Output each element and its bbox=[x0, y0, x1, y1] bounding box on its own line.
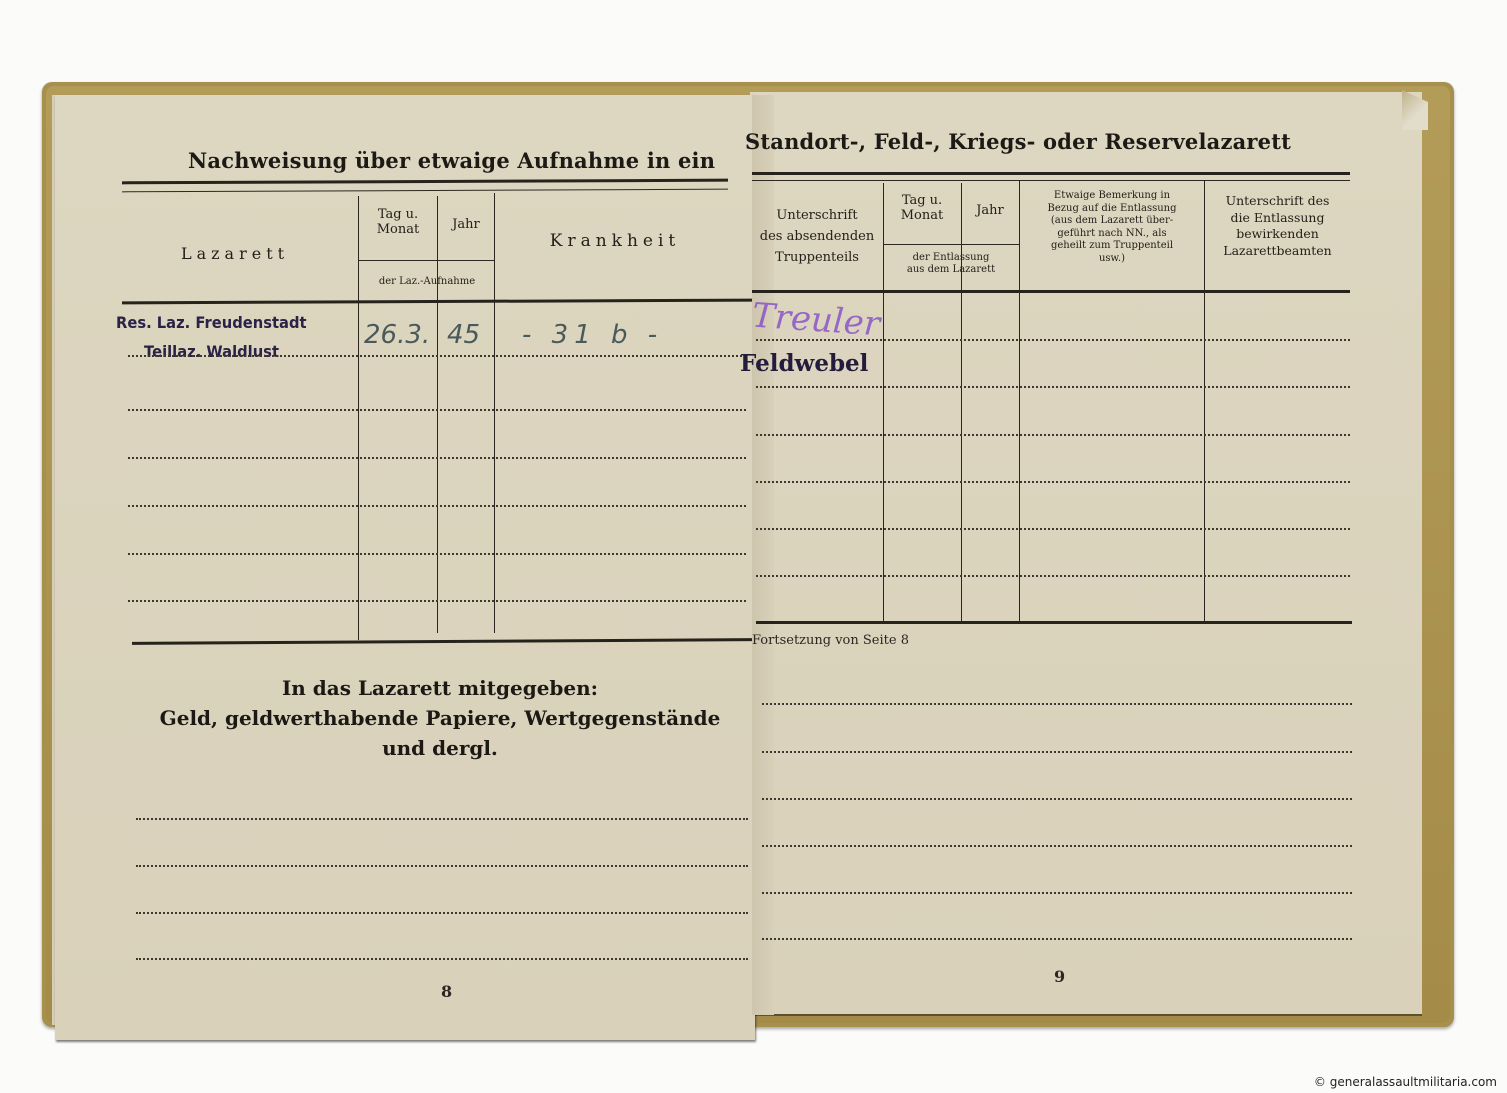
header-jahr: Jahr bbox=[438, 218, 494, 233]
entry-line bbox=[762, 845, 1352, 847]
mitgegeben-dergl: und dergl. bbox=[130, 733, 750, 763]
entry-line bbox=[762, 703, 1352, 705]
header-tag-monat: Tag u. Monat bbox=[360, 208, 436, 238]
header-lazarett: Lazarett bbox=[150, 245, 320, 263]
entry-line bbox=[762, 938, 1352, 940]
entry-line bbox=[136, 912, 748, 914]
header-krankheit: Krankheit bbox=[500, 232, 730, 252]
entry-line bbox=[756, 528, 1350, 530]
entry-line bbox=[128, 553, 746, 555]
rank-stamp-feldwebel: Feldwebel bbox=[740, 350, 868, 377]
header-entlassung-sub: der Entlassung aus dem Lazarett bbox=[884, 252, 1018, 275]
header-jahr-right: Jahr bbox=[962, 204, 1018, 219]
page-title-left: Nachweisung über etwaige Aufnahme in ein bbox=[188, 148, 715, 173]
col-divider bbox=[494, 193, 495, 633]
entry-line bbox=[756, 386, 1350, 388]
mitgegeben-items: Geld, geldwerthabende Papiere, Wertgegen… bbox=[130, 703, 750, 733]
page-number-right: 9 bbox=[1054, 967, 1065, 986]
header-bemerkung: Etwaige Bemerkung in Bezug auf die Entla… bbox=[1020, 190, 1204, 265]
entry-line bbox=[128, 505, 746, 507]
entry-line bbox=[128, 409, 746, 411]
page-title-right: Standort-, Feld-, Kriegs- oder Reservela… bbox=[745, 129, 1291, 154]
header-aufnahme-sub: der Laz.-Aufnahme bbox=[360, 276, 494, 288]
table-top-rule-right bbox=[752, 172, 1350, 175]
entry-line bbox=[136, 865, 748, 867]
header-lazarettbeamten: Unterschrift des die Entlassung bewirken… bbox=[1205, 193, 1350, 259]
admission-year: 45 bbox=[447, 320, 480, 350]
col-divider bbox=[358, 196, 359, 640]
entry-line bbox=[128, 457, 746, 459]
entry-line bbox=[128, 355, 746, 357]
entry-line bbox=[756, 434, 1350, 436]
entry-line bbox=[756, 481, 1350, 483]
admission-day-month: 26.3. bbox=[364, 320, 430, 350]
col-divider bbox=[883, 183, 884, 623]
entry-line bbox=[756, 339, 1350, 341]
table-top-rule-right-thin bbox=[752, 180, 1350, 181]
hospital-stamp-line1: Res. Laz. Freudenstadt bbox=[116, 313, 307, 332]
col-divider bbox=[437, 196, 438, 633]
col-divider bbox=[961, 183, 962, 623]
table-header-bottom-rule-right bbox=[752, 290, 1350, 293]
header-tag-monat-right: Tag u. Monat bbox=[884, 194, 960, 224]
entry-line bbox=[762, 751, 1352, 753]
subheader-rule-left bbox=[358, 260, 494, 261]
entry-line bbox=[762, 892, 1352, 894]
table-bottom-rule-right bbox=[756, 621, 1352, 624]
header-unterschrift: Unterschrift des absendenden Truppenteil… bbox=[752, 205, 882, 268]
hospital-stamp-line2: Teillaz. Waldlust bbox=[144, 342, 279, 361]
entry-line bbox=[762, 798, 1352, 800]
entry-line bbox=[756, 575, 1350, 577]
subheader-rule-right bbox=[883, 244, 1019, 245]
page-number-left: 8 bbox=[441, 982, 452, 1001]
mitgegeben-heading: In das Lazarett mitgegeben: bbox=[130, 673, 750, 703]
entry-line bbox=[136, 818, 748, 820]
watermark: © generalassaultmilitaria.com bbox=[1314, 1075, 1497, 1089]
entry-line bbox=[136, 958, 748, 960]
illness-code: - 31 b - bbox=[522, 320, 663, 350]
continuation-note: Fortsetzung von Seite 8 bbox=[752, 633, 909, 648]
entry-line bbox=[128, 600, 746, 602]
